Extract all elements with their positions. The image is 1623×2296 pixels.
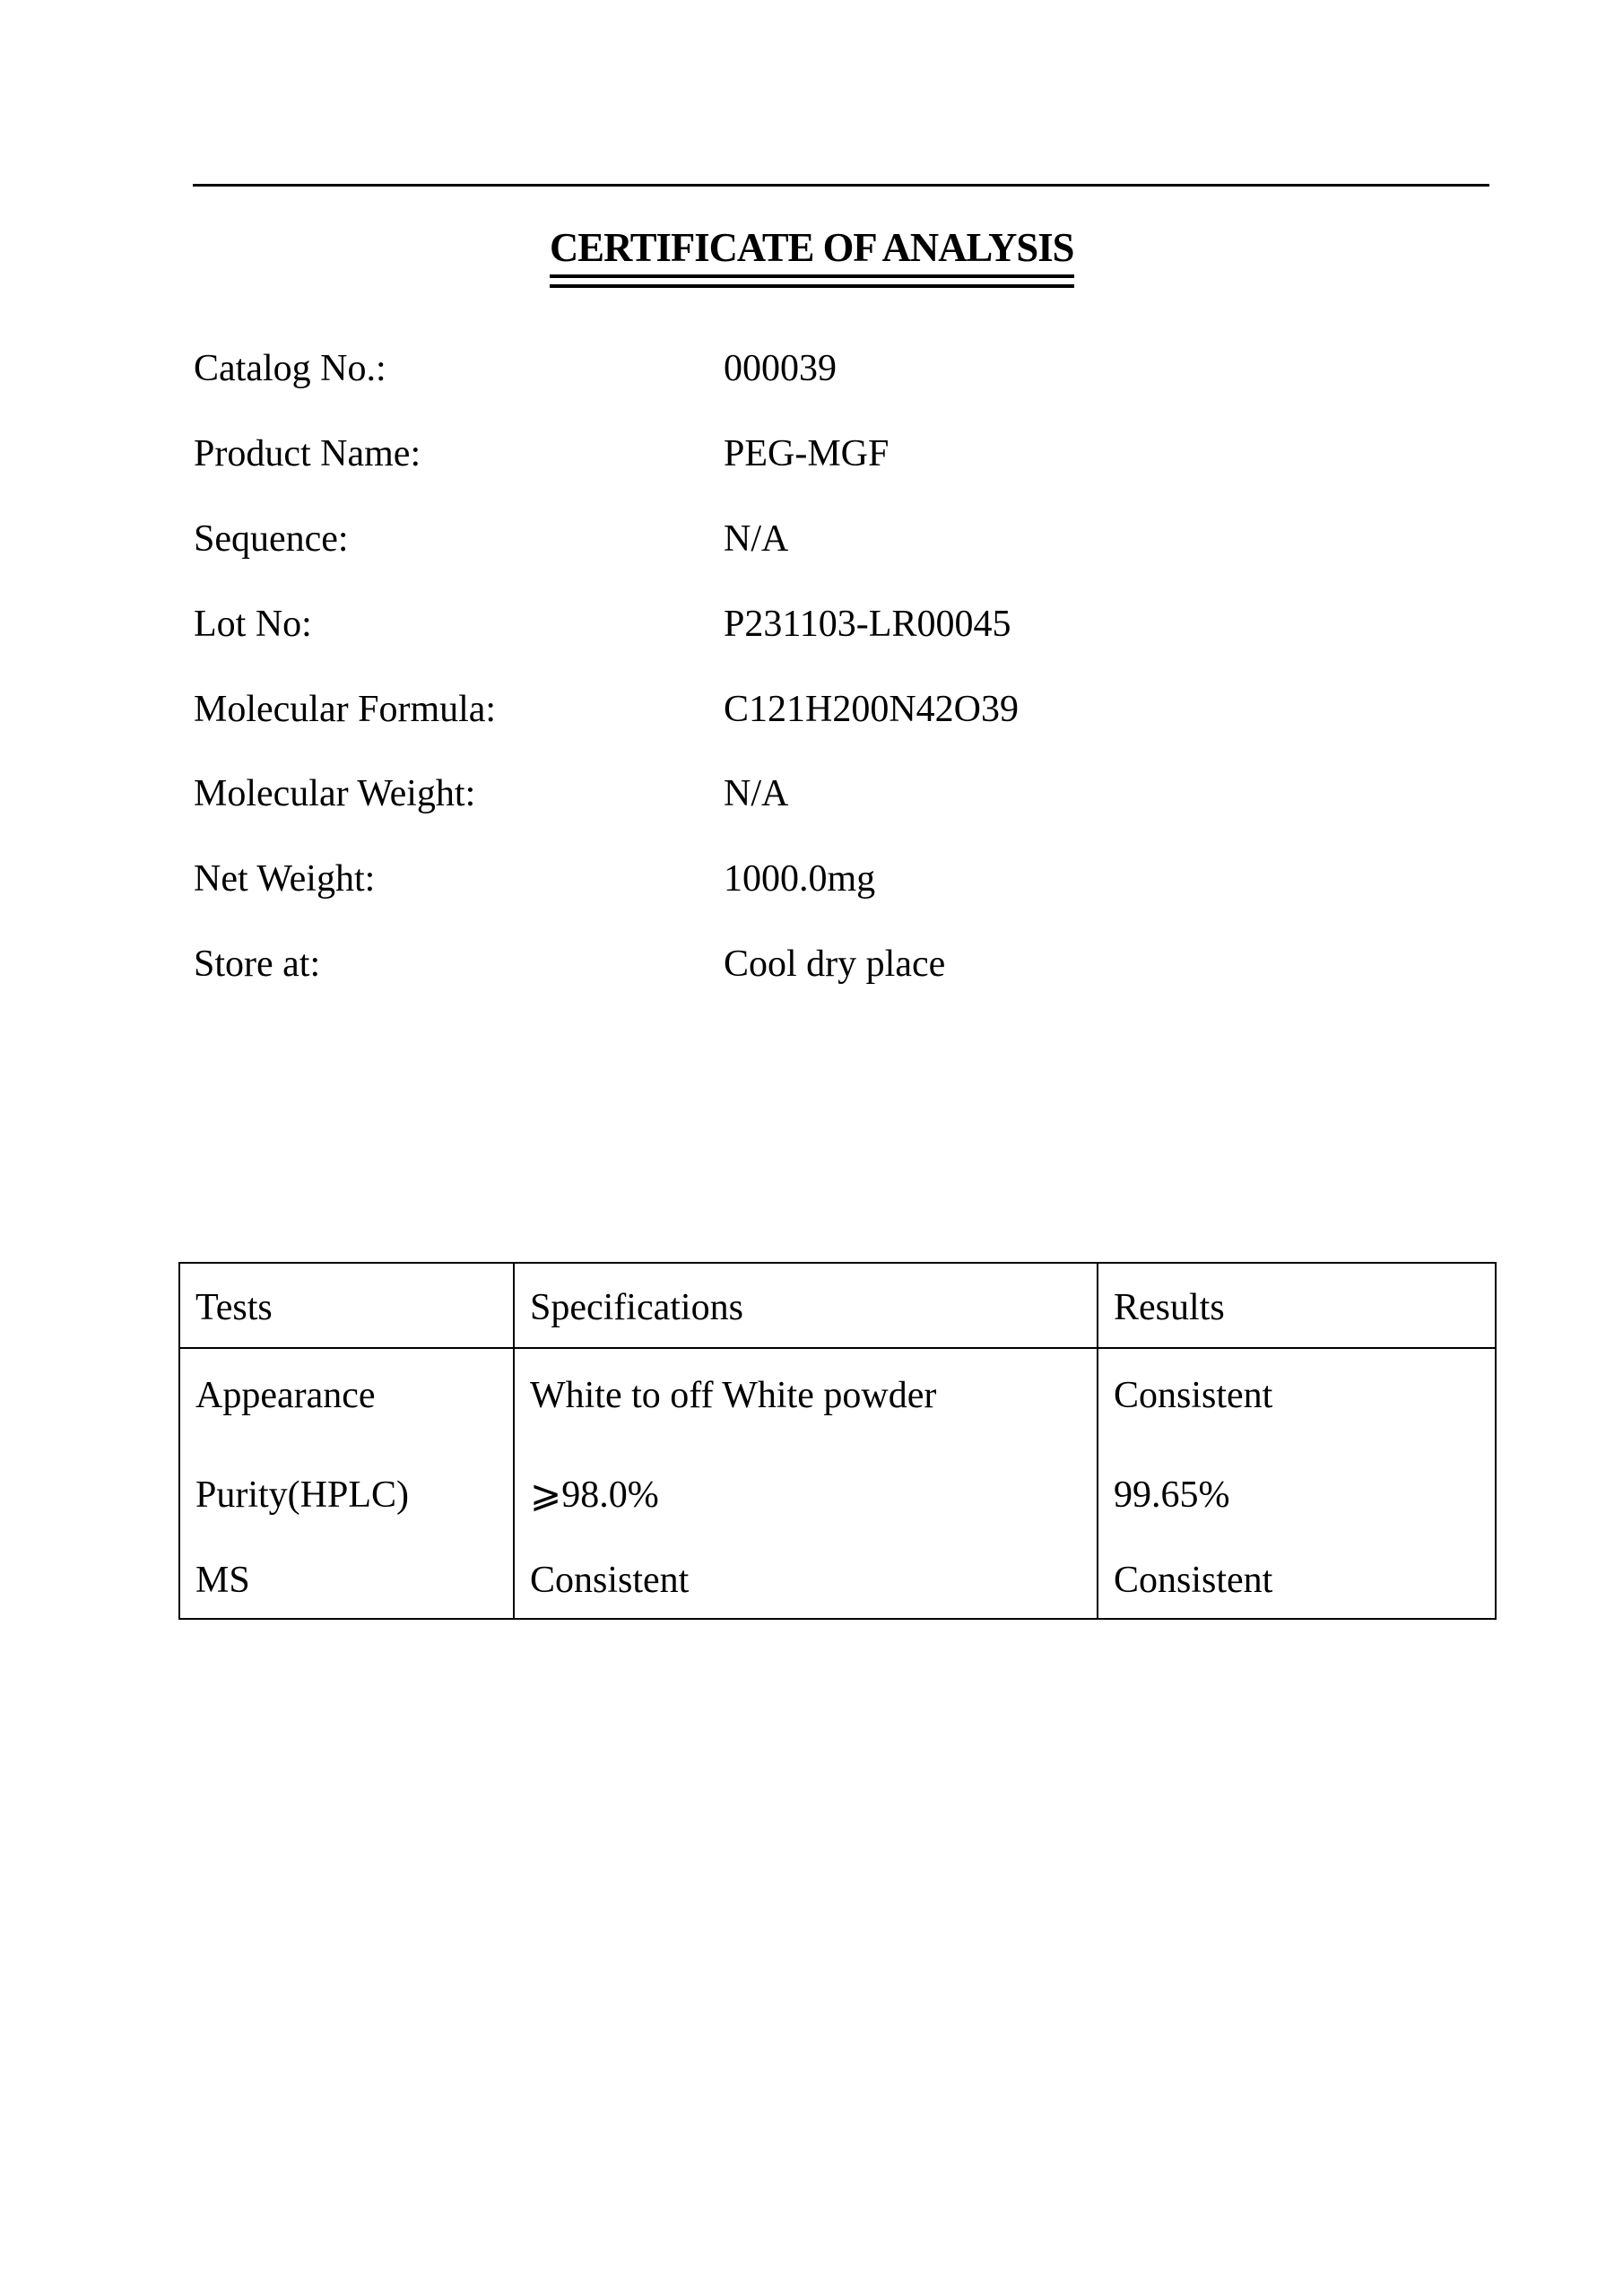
table-row: Purity(HPLC) ⩾98.0% 99.65% [179,1448,1496,1534]
table-row: Appearance White to off White powder Con… [179,1348,1496,1448]
info-label: Net Weight: [194,857,375,901]
info-value: N/A [724,771,788,816]
info-row-net-weight: Net Weight: 1000.0mg [194,857,1359,942]
info-value: PEG-MGF [724,431,889,476]
info-row-molecular-weight: Molecular Weight: N/A [194,771,1359,857]
test-specification: ⩾98.0% [514,1448,1098,1534]
column-header-results: Results [1098,1263,1496,1348]
info-value: N/A [724,517,788,561]
test-result: Consistent [1098,1534,1496,1619]
info-value: 000039 [724,346,837,391]
info-value: 1000.0mg [724,857,875,901]
column-header-specifications: Specifications [514,1263,1098,1348]
product-info: Catalog No.: 000039 Product Name: PEG-MG… [194,346,1359,1027]
info-label: Molecular Formula: [194,687,496,732]
info-row-lot-no: Lot No: P231103-LR00045 [194,602,1359,687]
document-title: CERTIFICATE OF ANALYSIS [550,224,1073,278]
table-header-row: Tests Specifications Results [179,1263,1496,1348]
table-row: MS Consistent Consistent [179,1534,1496,1619]
test-results-table: Tests Specifications Results Appearance … [178,1262,1497,1620]
info-label: Product Name: [194,431,421,476]
info-row-molecular-formula: Molecular Formula: C121H200N42O39 [194,687,1359,772]
info-label: Catalog No.: [194,346,386,391]
info-value: P231103-LR00045 [724,602,1011,647]
title-container: CERTIFICATE OF ANALYSIS [0,224,1623,278]
info-row-sequence: Sequence: N/A [194,517,1359,602]
info-value: Cool dry place [724,942,945,987]
header-rule [193,184,1489,187]
info-label: Sequence: [194,517,349,561]
column-header-tests: Tests [179,1263,514,1348]
info-row-store-at: Store at: Cool dry place [194,942,1359,1027]
test-specification: White to off White powder [514,1348,1098,1448]
info-value: C121H200N42O39 [724,687,1019,732]
info-label: Store at: [194,942,320,987]
test-result: 99.65% [1098,1448,1496,1534]
test-name: Purity(HPLC) [179,1448,514,1534]
test-result: Consistent [1098,1348,1496,1448]
test-name: Appearance [179,1348,514,1448]
info-row-product-name: Product Name: PEG-MGF [194,431,1359,517]
info-label: Molecular Weight: [194,771,475,816]
test-name: MS [179,1534,514,1619]
test-specification: Consistent [514,1534,1098,1619]
info-row-catalog-no: Catalog No.: 000039 [194,346,1359,431]
info-label: Lot No: [194,602,312,647]
